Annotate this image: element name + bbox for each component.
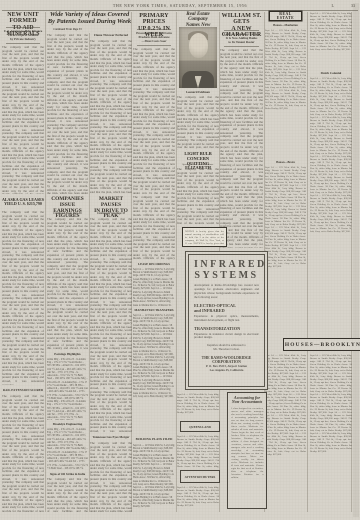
list-head-lease-recordings: LEASE RECORDINGS (133, 262, 175, 266)
mini-ad-queens-land: QUEENS LAND (180, 421, 220, 432)
body-text: Sept 14 — 123 West 45th St, 5-sty bldg; … (177, 486, 219, 512)
crosshead-earnings-highlights: Earnings Highlights (47, 352, 88, 356)
portrait-photo (179, 27, 217, 88)
column-rule (45, 12, 46, 512)
quotation-table: Acme Mfg .. 23⅛ 22¾ 23 −⅛ Adams Exp .. 1… (47, 428, 88, 470)
infrared-systems-ad: INFRARED SYSTEMS development at Ramo-Woo… (185, 251, 268, 390)
masthead-dateline: THE NEW YORK TIMES, SATURDAY, SEPTEMBER … (0, 3, 360, 8)
records-list: Sept 14 — 123 West 45th St, 5-sty bldg; … (133, 268, 175, 306)
classified-head-houses-bronx: Houses—Bronx (265, 161, 306, 164)
ad-section-body: Experience in transistor circuit design … (194, 333, 259, 341)
body-text: The company said that the program would … (2, 395, 44, 512)
body-text: The company said that the program would … (90, 442, 132, 512)
body-text: The company said that the program would … (177, 96, 219, 150)
ad-section-body: Experience in physical optics, measureme… (194, 315, 259, 323)
classified-head-dutch-colonial: Dutch Colonial (310, 71, 352, 75)
photo-caption: Leonard Feldman (177, 90, 219, 94)
infrared-ad-inner: INFRARED SYSTEMS development at Ramo-Woo… (188, 254, 265, 387)
body-text: The company said that the program would … (47, 478, 88, 512)
ad-section-electro-optical: ELECTRO-OPTICAL and INFRARED (194, 304, 259, 314)
deck-insurance-center: Long an Insurance Center, It Is Now Addi… (220, 32, 263, 45)
deck-us-agency: U. S. Agency to Help Finance Three Proje… (2, 29, 44, 42)
headline-market-pauses: MARKET PAUSES IN DRIVE TO PEAK (90, 197, 132, 220)
accounting-ad-title: Accounting for Non-Accountants (231, 396, 264, 406)
headline-patents: Wide Variety of Ideas Covered By Patents… (47, 12, 132, 26)
quotation-table: Acme Mfg .. 23⅛ 22¾ 23 −⅛ Adams Exp .. 1… (47, 358, 88, 420)
classified-text: Sept 14 — 123 West 45th St, 5-sty bldg; … (310, 12, 352, 70)
body-text: The company said that the program would … (47, 218, 88, 350)
edition-mark: L (332, 3, 334, 8)
accounting-course-ad: Accounting for Non-Accountants A class d… (227, 392, 267, 509)
classified-text: Sept 14 — 123 West 45th St, 5-sty bldg; … (265, 354, 306, 512)
rule (137, 45, 171, 46)
crosshead-oil-strike: Signs of Oil Strike in India (47, 472, 88, 476)
ad-inquiries: Inquiries should be addressed to Mr. The… (194, 344, 259, 352)
rule (6, 27, 40, 28)
newspaper-page: THE NEW YORK TIMES, SATURDAY, SEPTEMBER … (0, 0, 360, 520)
crosshead-brooklyn-engineering: Brooklyn Engineering (47, 422, 88, 426)
ad-intro: development at Ramo-Wooldridge has creat… (194, 284, 259, 300)
classified-head-houses-manhattan: Houses—Manhattan (265, 24, 306, 27)
crosshead-tennessee-gas: Tennessee Gas Eyes Merger (90, 435, 132, 439)
classified-text: Sept 14 — 123 West 45th St, 5-sty bldg; … (265, 29, 306, 159)
body-text: The company said that the program would … (177, 168, 219, 224)
body-text: The company said that the program would … (2, 211, 44, 385)
body-text: The company said that the program would … (220, 49, 263, 248)
ad-title: INFRARED SYSTEMS (194, 259, 259, 281)
houses-brooklyn-banner: HOUSES—BROOKLYN (283, 338, 360, 351)
classified-text: Sept 14 — 123 West 45th St, 5-sty bldg; … (310, 354, 352, 512)
body-text: The company said that the program would … (133, 196, 175, 260)
rule (137, 29, 171, 30)
photo-face (189, 33, 208, 58)
classified-text: Sept 14 — 123 West 45th St, 5-sty bldg; … (265, 166, 306, 336)
ad-address-line2: Los Angeles 45, California (194, 368, 259, 372)
continued-line: Continued From Page 36 (47, 212, 88, 215)
rule (224, 46, 259, 47)
headline-alaska-gas: ALASKA GAS LEASES YIELD U. S. $215,790 (2, 198, 44, 207)
rule (6, 43, 40, 44)
deck-processed-foods: Processed Foods and Farm Products Both A… (133, 31, 175, 44)
real-estate-section-box: REAL ESTATE (269, 11, 302, 21)
ad-section-transistorization: TRANSISTORIZATION (194, 327, 259, 332)
crosshead-rail-extension: RAIL EXTENSION SCORED (2, 388, 44, 392)
dateline-special: Special to The New York Times. (177, 163, 219, 166)
rule (224, 30, 259, 31)
ad-company-name: THE RAMO-WOOLDRIDGE CORPORATION (194, 356, 259, 364)
body-text: Sept 14 — 123 West 45th St, 5-sty bldg; … (177, 435, 219, 468)
records-list: Sept 14 — 123 West 45th St, 5-sty bldg; … (133, 444, 175, 512)
body-text: The company said that the program would … (90, 40, 132, 194)
column-rule (307, 12, 308, 512)
body-text: The company said that the program would … (47, 34, 88, 194)
records-list: Sept 14 — 123 West 45th St, 5-sty bldg; … (133, 314, 175, 434)
body-text: Sept 14 — 123 West 45th St, 5-sty bldg; … (177, 393, 219, 418)
continued-line: Continued From Page 33 (90, 212, 132, 215)
list-head-manhattan-transfers: MANHATTAN TRANSFERS (133, 308, 175, 312)
legal-notice-box: NOTICE is hereby given that the annual m… (182, 227, 227, 247)
classified-text: Sept 14 — 123 West 45th St, 5-sty bldg; … (310, 77, 352, 336)
page-margin (353, 3, 359, 517)
body-text: The company said that the program would … (90, 218, 132, 433)
list-head-building-plans: BUILDING PLANS FILED (133, 437, 175, 441)
body-text: The company said that the program would … (133, 48, 175, 194)
mini-ad-attention-buyers: ATTENTION BUYERS (180, 470, 220, 483)
body-text: The company said that the program would … (2, 46, 44, 194)
continued-line: Continued From Page 33 (47, 28, 88, 31)
notice-text: NOTICE is hereby given that the annual m… (185, 230, 224, 245)
crosshead-flame-thrower: Flame Thrower Perfected (90, 33, 132, 37)
accounting-ad-body: A class designed for executives, owners … (231, 407, 264, 503)
headline-companies-issue: COMPANIES ISSUE EARNINGS FIGURES (47, 197, 88, 220)
